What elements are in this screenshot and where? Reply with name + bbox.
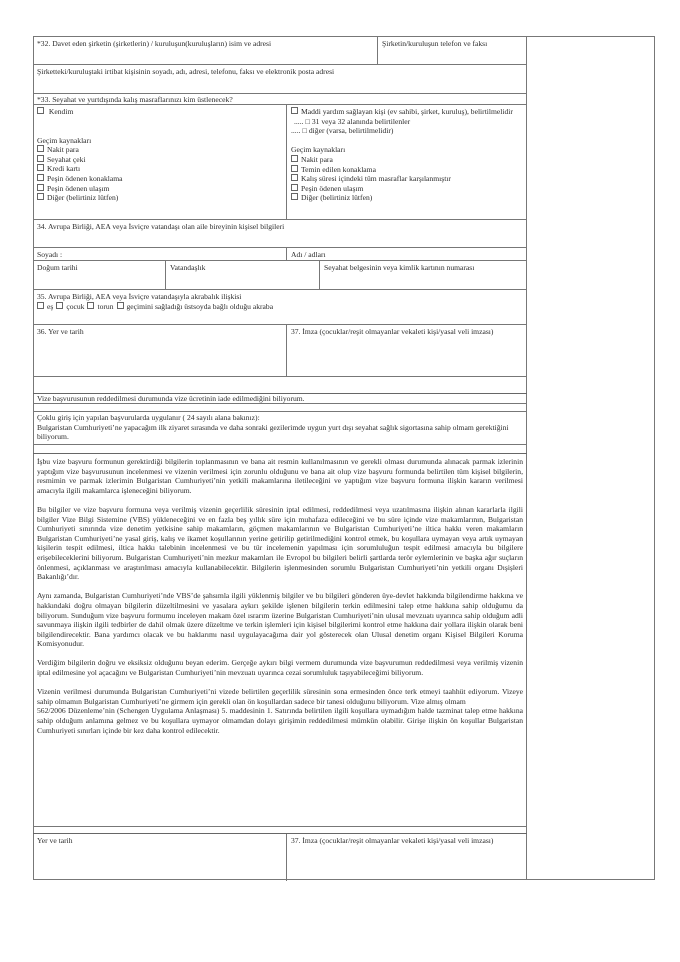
row-q33-body: Kendim Geçim kaynakları Nakit paraSeyaha… xyxy=(33,105,527,220)
field-surname[interactable]: Soyadı : xyxy=(33,248,286,260)
right-means-list: Nakit paraTemin edilen konaklamaKalış sü… xyxy=(291,155,523,203)
row-q32: *32. Davet eden şirketin (şirketlerin) /… xyxy=(33,36,527,65)
checkbox-icon[interactable] xyxy=(37,174,44,181)
q35-relationship: 35. Avrupa Birliği, AEA veya İsviçre vat… xyxy=(33,290,527,324)
checkbox-icon[interactable] xyxy=(291,107,298,114)
declaration-paragraph: Vizenin verilmesi durumunda Bulgaristan … xyxy=(37,687,523,735)
checkbox-icon[interactable] xyxy=(37,107,44,114)
spacer-row xyxy=(33,377,527,394)
label-q34: 34. Avrupa Birliği, AEA veya İsviçre vat… xyxy=(37,222,523,232)
checkbox-icon[interactable] xyxy=(37,164,44,171)
left-means-option[interactable]: Seyahat çeki xyxy=(37,155,282,165)
checkbox-icon[interactable] xyxy=(291,184,298,191)
q35-options: eşçocuktorungeçimini sağladığı üstsoyda … xyxy=(37,302,523,312)
field-birth-date[interactable]: Doğum tarihi xyxy=(33,261,165,289)
declaration-paragraph: Aynı zamanda, Bulgaristan Cumhuriyeti’nd… xyxy=(37,591,523,649)
row-q34-header: 34. Avrupa Birliği, AEA veya İsviçre vat… xyxy=(33,220,527,248)
label-company-phone: Şirketin/kuruluşun telefon ve faksı xyxy=(382,39,523,49)
field-company-phone[interactable]: Şirketin/kuruluşun telefon ve faksı xyxy=(377,37,527,64)
label-nationality: Vatandaşlık xyxy=(170,263,315,273)
label-q33: *33. Seyahat ve yurtdışında kalış masraf… xyxy=(37,95,523,105)
label-final-place-date: Yer ve tarih xyxy=(37,836,282,846)
right-means-option-label: Diğer (belirtiniz lütfen) xyxy=(301,193,372,202)
label-document-number: Seyahat belgesinin veya kimlik kartının … xyxy=(324,263,523,273)
label-final-signature: 37. İmza (çocuklar/reşit olmayanlar veka… xyxy=(291,836,523,846)
right-means-heading: Geçim kaynakları xyxy=(291,145,523,155)
right-means-option[interactable]: Peşin ödenen ulaşım xyxy=(291,184,523,194)
field-final-place-date[interactable]: Yer ve tarih xyxy=(33,834,286,881)
spacer-row xyxy=(33,445,527,454)
right-means-option-label: Nakit para xyxy=(301,155,333,164)
multi-entry-notice: Çoklu giriş için yapılan başvurularda uy… xyxy=(33,412,527,444)
right-means-option-label: Temin edilen konaklama xyxy=(301,165,376,174)
label-place-date: 36. Yer ve tarih xyxy=(37,327,282,337)
relationship-option-label: eş xyxy=(47,302,53,311)
left-means-option-label: Diğer (belirtiniz lütfen) xyxy=(47,193,118,202)
relationship-option[interactable]: eş xyxy=(37,302,53,311)
checkbox-icon[interactable] xyxy=(37,145,44,152)
field-given-names[interactable]: Adı / adları xyxy=(286,248,527,260)
visa-application-form: *32. Davet eden şirketin (şirketlerin) /… xyxy=(33,36,527,881)
relationship-option[interactable]: torun xyxy=(87,302,113,311)
row-q36-q37: 36. Yer ve tarih 37. İmza (çocuklar/reşi… xyxy=(33,325,527,377)
label-birth-date: Doğum tarihi xyxy=(37,263,161,273)
label-given-names: Adı / adları xyxy=(291,250,523,260)
checkbox-icon[interactable] xyxy=(291,174,298,181)
q33-heading: *33. Seyahat ve yurtdışında kalış masraf… xyxy=(33,94,527,104)
field-place-date[interactable]: 36. Yer ve tarih xyxy=(33,325,286,376)
spacer-row xyxy=(33,827,527,834)
declaration-paragraph: İşbu vize başvuru formunun gerektirdiği … xyxy=(37,457,523,495)
row-final-signature: Yer ve tarih 37. İmza (çocuklar/reşit ol… xyxy=(33,834,527,881)
checkbox-icon[interactable] xyxy=(37,184,44,191)
fee-notice: Vize başvurusunun reddedilmesi durumunda… xyxy=(33,394,527,403)
row-contact-person: Şirketteki/kuruluştaki irtibat kişisinin… xyxy=(33,65,527,94)
left-means-option-label: Peşin ödenen ulaşım xyxy=(47,184,109,193)
declaration-paragraph: Verdiğim bilgilerin doğru ve eksiksiz ol… xyxy=(37,658,523,677)
relationship-option-label: geçimini sağladığı üstsoyda bağlı olduğu… xyxy=(127,302,274,311)
label-surname: Soyadı : xyxy=(37,250,282,260)
row-q35: 35. Avrupa Birliği, AEA veya İsviçre vat… xyxy=(33,290,527,325)
multi-entry-heading: Çoklu giriş için yapılan başvurularda uy… xyxy=(37,413,523,423)
left-means-option-label: Peşin ödenen konaklama xyxy=(47,174,123,183)
option-sponsor-label: Maddi yardım sağlayan kişi (ev sahibi, ş… xyxy=(301,107,513,116)
checkbox-icon[interactable] xyxy=(117,302,124,309)
option-self[interactable]: Kendim xyxy=(37,107,282,117)
option-self-label: Kendim xyxy=(49,107,73,116)
q33-left-self: Kendim Geçim kaynakları Nakit paraSeyaha… xyxy=(33,105,286,219)
checkbox-icon[interactable] xyxy=(291,193,298,200)
q33-right-sponsor: Maddi yardım sağlayan kişi (ev sahibi, ş… xyxy=(286,105,527,219)
row-fee-notice: Vize başvurusunun reddedilmesi durumunda… xyxy=(33,394,527,404)
checkbox-icon[interactable] xyxy=(37,302,44,309)
sub-option-other[interactable]: ..... □ diğer (varsa, belirtilmelidir) xyxy=(291,126,523,136)
relationship-option-label: torun xyxy=(97,302,113,311)
checkbox-icon[interactable] xyxy=(291,165,298,172)
field-final-signature[interactable]: 37. İmza (çocuklar/reşit olmayanlar veka… xyxy=(286,834,527,881)
relationship-option[interactable]: çocuk xyxy=(56,302,84,311)
right-means-option[interactable]: Diğer (belirtiniz lütfen) xyxy=(291,193,523,203)
left-means-heading: Geçim kaynakları xyxy=(37,136,282,146)
photo-margin-column xyxy=(526,36,655,880)
checkbox-icon[interactable] xyxy=(291,155,298,162)
sub-option-31-32[interactable]: ..... □ 31 veya 32 alanında belirtilenle… xyxy=(291,117,523,127)
row-q34-names: Soyadı : Adı / adları xyxy=(33,248,527,261)
left-means-option[interactable]: Diğer (belirtiniz lütfen) xyxy=(37,193,282,203)
field-document-number[interactable]: Seyahat belgesinin veya kimlik kartının … xyxy=(319,261,527,289)
right-means-option[interactable]: Temin edilen konaklama xyxy=(291,165,523,175)
option-sponsor[interactable]: Maddi yardım sağlayan kişi (ev sahibi, ş… xyxy=(291,107,523,117)
label-inviting-company: *32. Davet eden şirketin (şirketlerin) /… xyxy=(37,39,373,49)
row-declarations: İşbu vize başvuru formunun gerektirdiği … xyxy=(33,454,527,827)
field-contact-person[interactable]: Şirketteki/kuruluştaki irtibat kişisinin… xyxy=(33,65,527,93)
fee-notice-text: Vize başvurusunun reddedilmesi durumunda… xyxy=(37,394,523,404)
q34-heading: 34. Avrupa Birliği, AEA veya İsviçre vat… xyxy=(33,220,527,247)
relationship-option[interactable]: geçimini sağladığı üstsoyda bağlı olduğu… xyxy=(117,302,274,311)
checkbox-icon[interactable] xyxy=(37,193,44,200)
left-means-option[interactable]: Nakit para xyxy=(37,145,282,155)
checkbox-icon[interactable] xyxy=(37,155,44,162)
right-means-option[interactable]: Kalış süresi içindeki tüm masraflar karş… xyxy=(291,174,523,184)
spacer-row xyxy=(33,404,527,412)
left-means-option-label: Seyahat çeki xyxy=(47,155,86,164)
right-means-option[interactable]: Nakit para xyxy=(291,155,523,165)
checkbox-icon[interactable] xyxy=(56,302,63,309)
label-q35: 35. Avrupa Birliği, AEA veya İsviçre vat… xyxy=(37,292,523,302)
multi-entry-text: Bulgaristan Cumhuriyeti’ne yapacağım ilk… xyxy=(37,423,523,442)
left-means-option-label: Nakit para xyxy=(47,145,79,154)
left-means-option[interactable]: Kredi kartı xyxy=(37,164,282,174)
right-means-option-label: Kalış süresi içindeki tüm masraflar karş… xyxy=(301,174,451,183)
relationship-option-label: çocuk xyxy=(66,302,84,311)
label-contact-person: Şirketteki/kuruluştaki irtibat kişisinin… xyxy=(37,67,523,77)
row-q34-details: Doğum tarihi Vatandaşlık Seyahat belgesi… xyxy=(33,261,527,290)
left-means-option-label: Kredi kartı xyxy=(47,164,80,173)
checkbox-icon[interactable] xyxy=(87,302,94,309)
row-q33-header: *33. Seyahat ve yurtdışında kalış masraf… xyxy=(33,94,527,105)
left-means-list: Nakit paraSeyahat çekiKredi kartıPeşin ö… xyxy=(37,145,282,203)
row-multi-entry: Çoklu giriş için yapılan başvurularda uy… xyxy=(33,412,527,445)
field-signature[interactable]: 37. İmza (çocuklar/reşit olmayanlar veka… xyxy=(286,325,527,376)
left-means-option[interactable]: Peşin ödenen konaklama xyxy=(37,174,282,184)
label-signature: 37. İmza (çocuklar/reşit olmayanlar veka… xyxy=(291,327,523,337)
field-nationality[interactable]: Vatandaşlık xyxy=(165,261,319,289)
declaration-paragraph: Bu bilgiler ve vize başvuru formuna veya… xyxy=(37,505,523,582)
declarations: İşbu vize başvuru formunun gerektirdiği … xyxy=(33,454,527,826)
left-means-option[interactable]: Peşin ödenen ulaşım xyxy=(37,184,282,194)
field-inviting-company[interactable]: *32. Davet eden şirketin (şirketlerin) /… xyxy=(33,37,377,64)
right-means-option-label: Peşin ödenen ulaşım xyxy=(301,184,363,193)
